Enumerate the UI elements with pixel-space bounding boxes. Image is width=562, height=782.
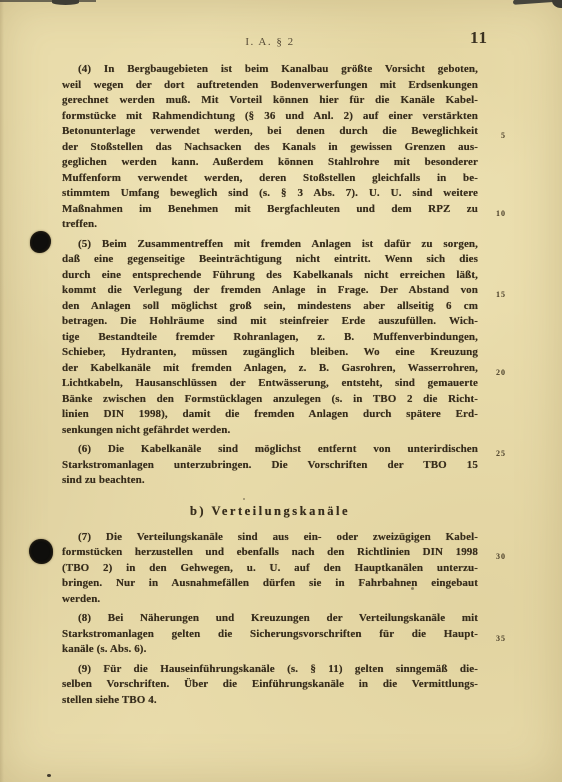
line-text: linien DIN 1998), damit die fremden Anla…	[62, 408, 478, 420]
text-line: Bänke zwischen den Formstücklagen anzule…	[62, 392, 478, 408]
margin-line-number: 20	[496, 365, 506, 381]
text-line: Lichtkabeln, Hausanschlüssen der Entwäss…	[62, 376, 478, 392]
line-text: selben Vorschriften. Über die Einführung…	[62, 678, 478, 690]
text-line: der Stoßstellen das Nachsacken des Kanal…	[62, 140, 478, 156]
line-text: Starkstromanlagen unterzubringen. Die Vo…	[62, 459, 478, 471]
text-line: weil wegen der dort auftretenden Bodenve…	[62, 78, 478, 94]
line-text: kanäle (s. Abs. 6).	[62, 643, 146, 655]
punch-hole	[30, 231, 51, 253]
text-line: Starkstromanlagen gelten die Sicherungsv…	[62, 627, 478, 643]
text-line: linien DIN 1998), damit die fremden Anla…	[62, 407, 478, 423]
line-text: stimmtem Umfang beweglich sind (s. § 3 A…	[62, 187, 478, 199]
text-line: tige Bestandteile fremder Rohranlagen, z…	[62, 330, 478, 346]
text-line: gerechnet werden muß. Mit Vorteil können…	[62, 93, 478, 109]
paragraph: (7) Die Verteilungskanäle sind aus ein- …	[62, 530, 478, 608]
margin-line-number: 30	[496, 549, 506, 565]
line-text: Betonunterlage verwendet werden, bei den…	[62, 125, 478, 137]
text-line: kommt die Verlegung der fremden Anlage i…	[62, 283, 478, 299]
line-text: (TBO 2) in den Gehwegen, u. U. auf den H…	[62, 562, 478, 574]
page-number: 11	[470, 28, 488, 48]
page-body: (4) In Bergbaugebieten ist beim Kanalbau…	[62, 62, 478, 712]
line-text: Bänke zwischen den Formstücklagen anzule…	[62, 393, 478, 405]
line-text: der Kabelkanäle mit fremden Anlagen, z. …	[62, 362, 478, 374]
line-text: (6) Die Kabelkanäle sind möglichst entfe…	[78, 443, 478, 455]
text-line: geglichen werden kann. Außerdem können S…	[62, 155, 478, 171]
line-text: weil wegen der dort auftretenden Bodenve…	[62, 79, 478, 91]
line-text: kommt die Verlegung der fremden Anlage i…	[62, 284, 478, 296]
running-head-section: I. A. § 2	[62, 36, 478, 48]
text-line: senkungen nicht gefährdet werden.	[62, 423, 478, 439]
line-text: werden.	[62, 593, 100, 605]
text-line: formstücken herzustellen und ebenfalls n…	[62, 545, 478, 561]
line-text: Muffenform verwendet werden, deren Stoßs…	[62, 172, 478, 184]
line-text: Lichtkabeln, Hausanschlüssen der Entwäss…	[62, 377, 478, 389]
text-line: treffen.	[62, 217, 478, 233]
line-text: Schieber, Hydranten, müssen zugänglich b…	[62, 346, 478, 358]
text-line: Muffenform verwendet werden, deren Stoßs…	[62, 171, 478, 187]
text-line: bringen. Nur in Ausnahmefällen dürfen si…	[62, 576, 478, 592]
line-text: tige Bestandteile fremder Rohranlagen, z…	[62, 331, 478, 343]
text-line: (7) Die Verteilungskanäle sind aus ein- …	[62, 530, 478, 546]
text-line: selben Vorschriften. Über die Einführung…	[62, 677, 478, 693]
text-line: formstücke mit Rahmendichtung (§ 36 und …	[62, 109, 478, 125]
text-line: Maßnahmen im Benehmen mit Bergfachleuten…	[62, 202, 478, 218]
scan-edge-artifact	[0, 0, 96, 2]
paragraph: (5) Beim Zusammentreffen mit fremden Anl…	[62, 237, 478, 439]
line-text: den Anlagen soll möglichst groß sein, mi…	[62, 300, 478, 312]
text-line: sind zu beachten.	[62, 473, 478, 489]
margin-line-number: 35	[496, 631, 506, 647]
line-text: geglichen werden kann. Außerdem können S…	[62, 156, 478, 168]
dust-speck	[47, 774, 51, 777]
text-line: kanäle (s. Abs. 6).	[62, 642, 478, 658]
paragraph: (9) Für die Hauseinführungskanäle (s. § …	[62, 662, 478, 709]
margin-line-number: 25	[480, 446, 506, 462]
text-line: Schieber, Hydranten, müssen zugänglich b…	[62, 345, 478, 361]
text-line: (8) Bei Näherungen und Kreuzungen der Ve…	[62, 611, 478, 627]
text-line: durch eine entsprechende Führung des Kab…	[62, 268, 478, 284]
subsection-heading: b) Verteilungskanäle	[62, 504, 478, 519]
margin-line-number: 10	[496, 206, 506, 222]
line-text: sind zu beachten.	[62, 474, 145, 486]
text-line: (TBO 2) in den Gehwegen, u. U. auf den H…	[62, 561, 478, 577]
line-text: der Stoßstellen das Nachsacken des Kanal…	[62, 141, 478, 153]
scan-edge-artifact	[52, 0, 79, 5]
margin-line-number: 5	[501, 128, 506, 144]
line-text: Starkstromanlagen gelten die Sicherungsv…	[62, 628, 478, 640]
line-text: (9) Für die Hauseinführungskanäle (s. § …	[78, 663, 478, 675]
line-text: formstücken herzustellen und ebenfalls n…	[62, 546, 478, 558]
text-line: (4) In Bergbaugebieten ist beim Kanalbau…	[62, 62, 478, 78]
text-line: daß eine gegenseitige Beeinträchtigung n…	[62, 252, 478, 268]
scan-edge-artifact	[552, 0, 562, 8]
scanned-document-page: I. A. § 2 11 (4) In Bergbaugebieten ist …	[0, 0, 562, 782]
line-text: stellen siehe TBO 4.	[62, 694, 157, 706]
line-text: (7) Die Verteilungskanäle sind aus ein- …	[78, 531, 478, 543]
text-line: (9) Für die Hauseinführungskanäle (s. § …	[62, 662, 478, 678]
line-text: (4) In Bergbaugebieten ist beim Kanalbau…	[78, 63, 478, 75]
text-line: (6) Die Kabelkanäle sind möglichst entfe…	[62, 442, 478, 458]
line-text: betragen. Die Hohlräume sind mit steinfr…	[62, 315, 478, 327]
text-line: Betonunterlage verwendet werden, bei den…	[62, 124, 478, 140]
punch-hole	[29, 539, 53, 564]
scan-edge-shade	[0, 0, 4, 782]
line-text: durch eine entsprechende Führung des Kab…	[62, 269, 478, 281]
text-line: stimmtem Umfang beweglich sind (s. § 3 A…	[62, 186, 478, 202]
text-line: betragen. Die Hohlräume sind mit steinfr…	[62, 314, 478, 330]
margin-line-number: 15	[496, 287, 506, 303]
line-text: Maßnahmen im Benehmen mit Bergfachleuten…	[62, 203, 478, 215]
line-text: gerechnet werden muß. Mit Vorteil können…	[62, 94, 478, 106]
line-text: senkungen nicht gefährdet werden.	[62, 424, 230, 436]
line-text: treffen.	[62, 218, 97, 230]
line-text: (8) Bei Näherungen und Kreuzungen der Ve…	[78, 612, 478, 624]
text-line: (5) Beim Zusammentreffen mit fremden Anl…	[62, 237, 478, 253]
line-text: formstücke mit Rahmendichtung (§ 36 und …	[62, 110, 478, 122]
text-line: stellen siehe TBO 4.	[62, 693, 478, 709]
line-text: (5) Beim Zusammentreffen mit fremden Anl…	[78, 238, 478, 250]
paragraph: (6) Die Kabelkanäle sind möglichst entfe…	[62, 442, 478, 489]
line-text: daß eine gegenseitige Beeinträchtigung n…	[62, 253, 478, 265]
line-text: bringen. Nur in Ausnahmefällen dürfen si…	[62, 577, 478, 589]
text-line: Starkstromanlagen unterzubringen. Die Vo…	[62, 458, 478, 474]
paragraph: (4) In Bergbaugebieten ist beim Kanalbau…	[62, 62, 478, 233]
text-line: der Kabelkanäle mit fremden Anlagen, z. …	[62, 361, 478, 377]
text-line: den Anlagen soll möglichst groß sein, mi…	[62, 299, 478, 315]
paragraph: (8) Bei Näherungen und Kreuzungen der Ve…	[62, 611, 478, 658]
text-line: werden.	[62, 592, 478, 608]
